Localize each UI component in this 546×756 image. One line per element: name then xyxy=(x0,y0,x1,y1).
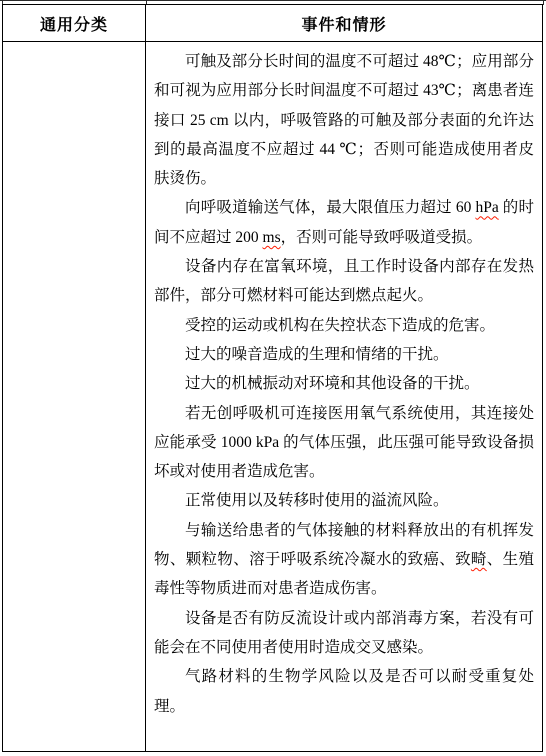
document-page: 通用分类 事件和情形 可触及部分长时间的温度不可超过 48℃；应用部分和可视为应… xyxy=(0,0,546,756)
paragraph-text: ，否则可能导致呼吸道受损。 xyxy=(281,229,483,246)
header-cell-events: 事件和情形 xyxy=(146,5,542,41)
events-cell: 可触及部分长时间的温度不可超过 48℃；应用部分和可视为应用部分长时间温度不可超… xyxy=(146,42,542,751)
spellcheck-underlined-text: ms xyxy=(263,229,281,246)
table-header-row: 通用分类 事件和情形 xyxy=(3,5,542,42)
event-paragraph: 正常使用以及转移时使用的溢流风险。 xyxy=(154,486,534,515)
previous-row-border-line xyxy=(0,0,546,1)
event-paragraph: 过大的机械振动对环境和其他设备的干扰。 xyxy=(154,369,534,398)
risk-analysis-table: 通用分类 事件和情形 可触及部分长时间的温度不可超过 48℃；应用部分和可视为应… xyxy=(2,4,543,752)
general-category-cell xyxy=(3,42,146,751)
event-paragraph: 过大的噪音造成的生理和情绪的干扰。 xyxy=(154,340,534,369)
event-paragraph: 气路材料的生物学风险以及是否可以耐受重复处理。 xyxy=(154,662,534,721)
paragraph-text: 向呼吸道输送气体，最大限值压力超过 60 xyxy=(185,199,475,216)
paragraph-text: 过大的机械振动对环境和其他设备的干扰。 xyxy=(185,375,480,392)
previous-row-right-border-tick xyxy=(543,0,544,5)
event-paragraph: 向呼吸道输送气体，最大限值压力超过 60 hPa 的时间不应超过 200 ms，… xyxy=(154,193,534,252)
event-paragraph: 若无创呼吸机可连接医用氧气系统使用，其连接处应能承受 1000 kPa 的气体压… xyxy=(154,399,534,487)
event-paragraph: 与输送给患者的气体接触的材料释放出的有机挥发物、颗粒物、溶于呼吸系统冷凝水的致癌… xyxy=(154,516,534,604)
paragraph-text: 若无创呼吸机可连接医用氧气系统使用，其连接处应能承受 1000 kPa 的气体压… xyxy=(154,405,534,481)
event-paragraph: 可触及部分长时间的温度不可超过 48℃；应用部分和可视为应用部分长时间温度不可超… xyxy=(154,47,534,193)
header-cell-general-category: 通用分类 xyxy=(3,5,146,41)
table-body-row: 可触及部分长时间的温度不可超过 48℃；应用部分和可视为应用部分长时间温度不可超… xyxy=(3,42,542,751)
paragraph-text: 正常使用以及转移时使用的溢流风险。 xyxy=(185,492,449,509)
event-paragraph: 设备内存在富氧环境，且工作时设备内部存在发热部件，部分可燃材料可能达到燃点起火。 xyxy=(154,252,534,311)
paragraph-text: 设备是否有防反流设计或内部消毒方案，若没有可能会在不同使用者使用时造成交叉感染。 xyxy=(154,610,534,656)
event-paragraph: 设备是否有防反流设计或内部消毒方案，若没有可能会在不同使用者使用时造成交叉感染。 xyxy=(154,604,534,663)
paragraph-text: 设备内存在富氧环境，且工作时设备内部存在发热部件，部分可燃材料可能达到燃点起火。 xyxy=(154,258,534,304)
spellcheck-underlined-text: hPa xyxy=(475,199,498,216)
paragraph-text: 过大的噪音造成的生理和情绪的干扰。 xyxy=(185,346,449,363)
paragraph-text: 可触及部分长时间的温度不可超过 48℃；应用部分和可视为应用部分长时间温度不可超… xyxy=(154,53,534,187)
event-paragraph: 受控的运动或机构在失控状态下造成的危害。 xyxy=(154,311,534,340)
paragraph-text: 气路材料的生物学风险以及是否可以耐受重复处理。 xyxy=(154,668,534,714)
spellcheck-underlined-text: 畸 xyxy=(471,551,487,568)
paragraph-text: 受控的运动或机构在失控状态下造成的危害。 xyxy=(185,317,495,334)
